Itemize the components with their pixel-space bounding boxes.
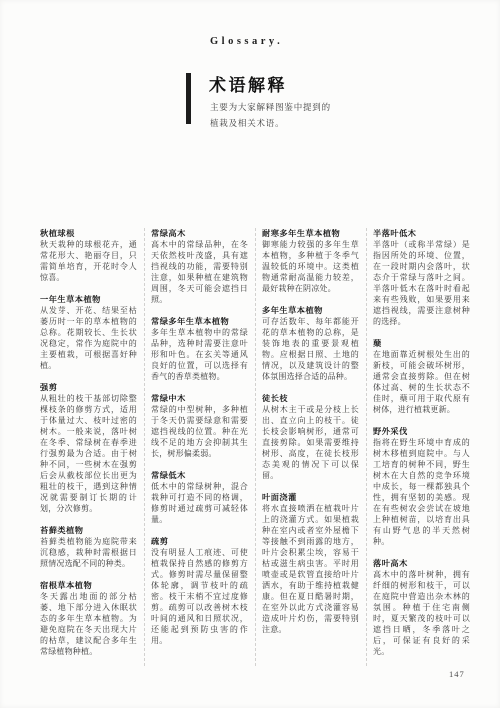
- glossary-entry: 蘖 在地面靠近树根处生出的新枝，可能会破坏树形，通常会直接剪除。但在树体过高、树…: [373, 338, 470, 415]
- glossary-entry: 耐寒多年生草本植物 御寒能力较强的多年生草本植物，多种植于冬季气温较低的环境中。…: [262, 228, 359, 294]
- glossary-entry: 一年生草本植物 从发芽、开花、结果至枯萎历时一年的草本植物的总称。花期较长、生长…: [40, 294, 137, 371]
- glossary-term: 叶面浇灌: [262, 492, 359, 503]
- glossary-entry: 苔藓类植物 苔藓类植物能为庭院带来沉稳感，栽种时需根据日照情况选配不同的种类。: [40, 525, 137, 569]
- glossary-definition: 从发芽、开花、结果至枯萎历时一年的草本植物的总称。花期较长、生长状况稳定，常作为…: [40, 305, 137, 371]
- glossary-definition: 多年生草本植物中的常绿品种，选种时需要注意叶形和叶色。在玄关等通风良好的位置，可…: [151, 327, 248, 382]
- glossary-definition: 从树木主干或是分枝上长出、直立向上的枝干。徒长枝会影响树形，通常可直接剪除。如果…: [262, 404, 359, 481]
- glossary-entry: 多年生草本植物 可存活数年、每年都能开花的草本植物的总称，是装饰地表的重要景观植…: [262, 305, 359, 382]
- glossary-entry: 秋植球根 秋天栽种的球根花卉，通常花形大、艳丽夺目，只需简单培育，开花时令人惊喜…: [40, 228, 137, 283]
- glossary-entry: 宿根草本植物 冬天露出地面的部分枯萎、地下部分进入休眠状态的多年生草本植物。为避…: [40, 580, 137, 657]
- glossary-definition: 从粗壮的枝干基部切除整棵枝条的修剪方式，适用于体量过大、枝叶过密的树木。一般来说…: [40, 393, 137, 514]
- page-title: 术语解释: [209, 71, 287, 96]
- glossary-term: 苔藓类植物: [40, 525, 137, 536]
- glossary-definition: 苔藓类植物能为庭院带来沉稳感，栽种时需根据日照情况选配不同的种类。: [40, 536, 137, 569]
- glossary-definition: 秋天栽种的球根花卉，通常花形大、艳丽夺目，只需简单培育，开花时令人惊喜。: [40, 239, 137, 283]
- glossary-entry: 徒长枝 从树木主干或是分枝上长出、直立向上的枝干。徒长枝会影响树形，通常可直接剪…: [262, 393, 359, 481]
- glossary-definition: 指将在野生环境中育成的树木移植到庭院中。与人工培育的树种不同，野生树木在大自然的…: [373, 437, 470, 547]
- glossary-term: 徒长枝: [262, 393, 359, 404]
- glossary-term: 落叶高木: [373, 558, 470, 569]
- glossary-eyebrow: Glossary.: [210, 36, 283, 47]
- page-number: 147: [449, 669, 465, 679]
- glossary-definition: 高木中的常绿品种，在冬天依然枝叶茂盛，具有遮挡视线的功能，需要特别注意，如果种植…: [151, 239, 248, 305]
- glossary-term: 一年生草本植物: [40, 294, 137, 305]
- title-accent-bar: [186, 73, 191, 124]
- glossary-flow: 秋植球根 秋天栽种的球根花卉，通常花形大、艳丽夺目，只需简单培育，开花时令人惊喜…: [40, 228, 470, 666]
- glossary-term: 宿根草本植物: [40, 580, 137, 591]
- glossary-entry: 野外采伐 指将在野生环境中育成的树木移植到庭院中。与人工培育的树种不同，野生树木…: [373, 426, 470, 547]
- glossary-definition: 可存活数年、每年都能开花的草本植物的总称，是装饰地表的重要景观植物。应根据日照、…: [262, 316, 359, 382]
- glossary-entry: 半落叶低木 半落叶（或称半常绿）是指因所处的环境、位置，在一段时期内会落叶，状态…: [373, 228, 470, 327]
- glossary-definition: 高木中的落叶树种，拥有纤细的树形和枝干，可以在庭院中营造出杂木林的氛围。种植于住…: [373, 569, 470, 657]
- glossary-term: 疏剪: [151, 536, 248, 547]
- glossary-term: 常绿中木: [151, 393, 248, 404]
- glossary-definition: 半落叶（或称半常绿）是指因所处的环境、位置，在一段时期内会落叶，状态介于常绿与落…: [373, 239, 470, 327]
- glossary-term: 蘖: [373, 338, 470, 349]
- glossary-term: 秋植球根: [40, 228, 137, 239]
- glossary-entry: 疏剪 没有明显人工痕迹、可使植栽保持自然感的修剪方式。修剪时需尽量保留整体轮廓，…: [151, 536, 248, 646]
- glossary-term: 强剪: [40, 382, 137, 393]
- glossary-entry: 落叶高木 高木中的落叶树种，拥有纤细的树形和枝干，可以在庭院中营造出杂木林的氛围…: [373, 558, 470, 657]
- glossary-definition: 御寒能力较强的多年生草本植物，多种植于冬季气温较低的环境中。这类植物通常耐高温能…: [262, 239, 359, 294]
- glossary-term: 野外采伐: [373, 426, 470, 437]
- glossary-page: Glossary. 术语解释 主要为大家解释图鉴中提到的 植栽及相关术语。 秋植…: [0, 0, 500, 708]
- glossary-term: 常绿高木: [151, 228, 248, 239]
- glossary-definition: 在地面靠近树根处生出的新枝，可能会破坏树形，通常会直接剪除。但在树体过高、树的生…: [373, 349, 470, 415]
- glossary-term: 常绿多年生草本植物: [151, 316, 248, 327]
- glossary-definition: 冬天露出地面的部分枯萎、地下部分进入休眠状态的多年生草本植物。为避免庭院在冬天出…: [40, 591, 137, 657]
- glossary-entry: 常绿多年生草本植物 多年生草本植物中的常绿品种，选种时需要注意叶形和叶色。在玄关…: [151, 316, 248, 382]
- glossary-entry: 叶面浇灌 将水直接喷洒在植栽叶片上的浇灌方式。如果植栽种在室内或者室外屋檐下等接…: [262, 492, 359, 635]
- glossary-entry: 强剪 从粗壮的枝干基部切除整棵枝条的修剪方式，适用于体量过大、枝叶过密的树木。一…: [40, 382, 137, 514]
- glossary-entry: 常绿高木 高木中的常绿品种，在冬天依然枝叶茂盛，具有遮挡视线的功能，需要特别注意…: [151, 228, 248, 305]
- glossary-entry: 常绿中木 常绿的中型树种，多种植于冬天仍需要绿意和需要遮挡视线的位置。种在光线不…: [151, 393, 248, 459]
- glossary-definition: 将水直接喷洒在植栽叶片上的浇灌方式。如果植栽种在室内或者室外屋檐下等接触不到雨露…: [262, 503, 359, 635]
- glossary-term: 多年生草本植物: [262, 305, 359, 316]
- glossary-definition: 没有明显人工痕迹、可使植栽保持自然感的修剪方式。修剪时需尽量保留整体轮廓，调节枝…: [151, 547, 248, 646]
- glossary-term: 耐寒多年生草本植物: [262, 228, 359, 239]
- glossary-definition: 常绿的中型树种，多种植于冬天仍需要绿意和需要遮挡视线的位置。种在光线不足的地方会…: [151, 404, 248, 459]
- glossary-term: 半落叶低木: [373, 228, 470, 239]
- glossary-entry: 常绿低木 低木中的常绿树种，混合栽种可打造不同的格调，修剪时通过疏剪可减轻体量。: [151, 470, 248, 525]
- glossary-term: 常绿低木: [151, 470, 248, 481]
- page-subtitle: 主要为大家解释图鉴中提到的 植栽及相关术语。: [210, 100, 350, 132]
- glossary-definition: 低木中的常绿树种，混合栽种可打造不同的格调，修剪时通过疏剪可减轻体量。: [151, 481, 248, 525]
